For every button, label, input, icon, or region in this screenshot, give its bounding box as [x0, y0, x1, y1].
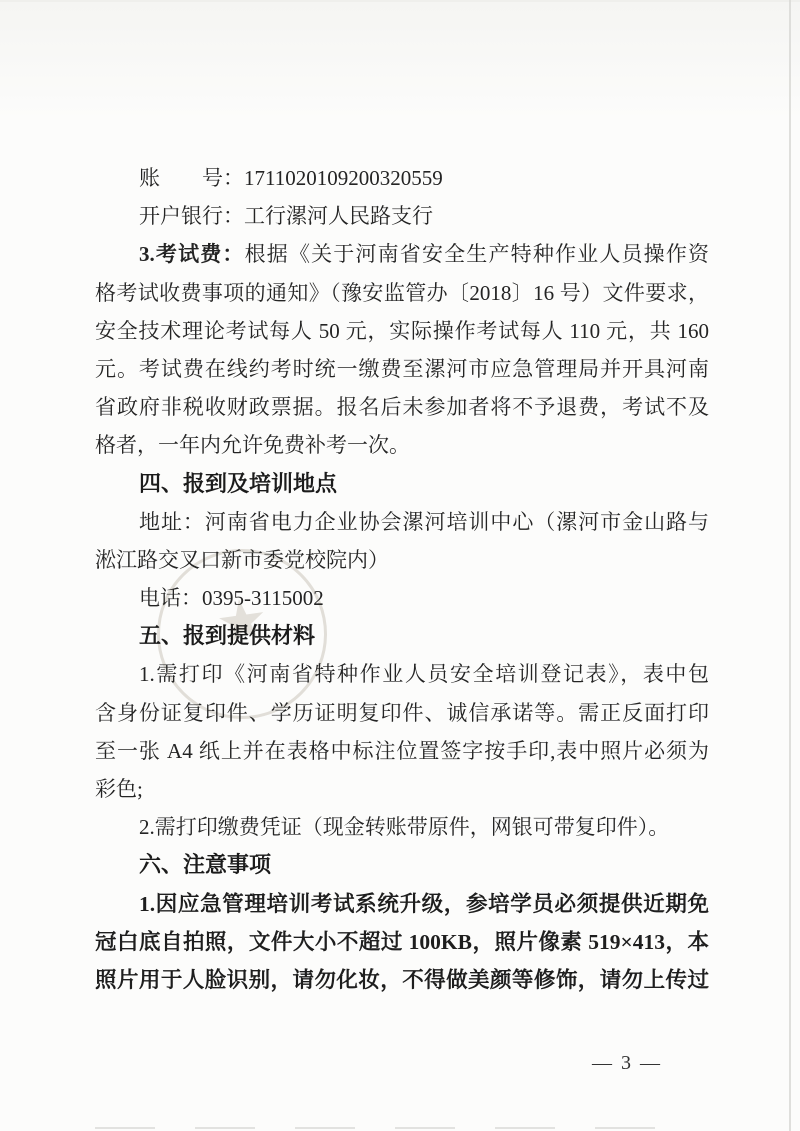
phone-line: 电话：0395-3115002	[95, 579, 709, 617]
scan-edge-top	[0, 0, 800, 2]
notice-item-1-line-2: 冠白底自拍照，文件大小不超过 100KB，照片像素 519×413，本	[95, 923, 709, 961]
materials-item-1-line-3: 至一张 A4 纸上并在表格中标注位置签字按手印,表中照片必须为	[95, 732, 709, 770]
exam-fee-line-6: 格者，一年内允许免费补考一次。	[95, 426, 709, 464]
scan-noise-top	[0, 0, 800, 120]
materials-item-1-line-4: 彩色;	[95, 770, 709, 808]
materials-item-1-line-1: 1.需打印《河南省特种作业人员安全培训登记表》，表中包	[95, 655, 709, 693]
document-body: 账 号：1711020109200320559 开户银行：工行漯河人民路支行 3…	[95, 159, 709, 999]
notice-item-1-line-1: 1.因应急管理培训考试系统升级，参培学员必须提供近期免	[95, 885, 709, 923]
scan-edge-bottom	[95, 1127, 670, 1129]
exam-fee-line-5: 省政府非税收财政票据。报名后未参加者将不予退费，考试不及	[95, 388, 709, 426]
materials-item-1-line-2: 含身份证复印件、学历证明复印件、诚信承诺等。需正反面打印	[95, 694, 709, 732]
account-number-line: 账 号：1711020109200320559	[95, 159, 709, 197]
address-line-2: 淞江路交叉口新市委党校院内）	[95, 541, 709, 579]
exam-fee-label: 3.考试费：	[139, 242, 245, 266]
scan-edge-right	[789, 0, 791, 1131]
address-line-1: 地址：河南省电力企业协会漯河培训中心（漯河市金山路与	[95, 503, 709, 541]
section-4-heading: 四、报到及培训地点	[95, 465, 709, 503]
exam-fee-line-2: 格考试收费事项的通知》（豫安监管办〔2018〕16 号）文件要求，	[95, 274, 709, 312]
exam-fee-text: 根据《关于河南省安全生产特种作业人员操作资	[245, 242, 709, 266]
materials-item-2-line: 2.需打印缴费凭证（现金转账带原件，网银可带复印件）。	[95, 808, 709, 846]
page-number: — 3 —	[592, 1052, 662, 1075]
bank-line: 开户银行：工行漯河人民路支行	[95, 197, 709, 235]
section-6-heading: 六、注意事项	[95, 846, 709, 884]
exam-fee-line-1: 3.考试费：根据《关于河南省安全生产特种作业人员操作资	[95, 235, 709, 273]
exam-fee-line-3: 安全技术理论考试每人 50 元，实际操作考试每人 110 元，共 160	[95, 312, 709, 350]
exam-fee-line-4: 元。考试费在线约考时统一缴费至漯河市应急管理局并开具河南	[95, 350, 709, 388]
notice-item-1-line-3: 照片用于人脸识别，请勿化妆，不得做美颜等修饰，请勿上传过	[95, 961, 709, 999]
section-5-heading: 五、报到提供材料	[95, 617, 709, 655]
